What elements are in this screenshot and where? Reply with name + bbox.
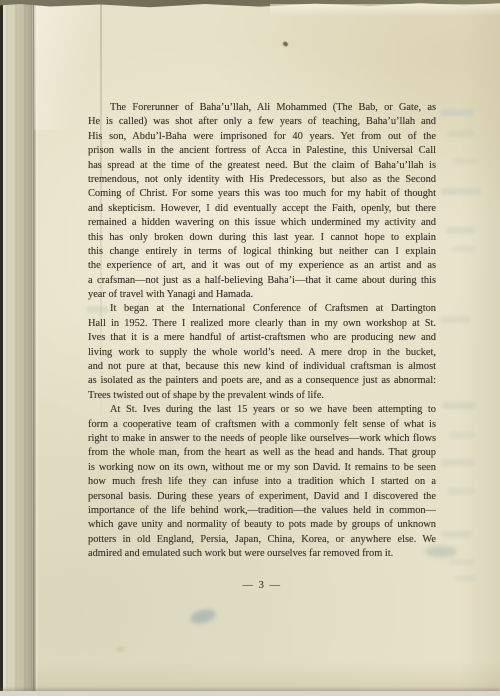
text-line: Hall in 1952. There I realized more clea… bbox=[88, 317, 436, 331]
bleed-through-mark bbox=[449, 432, 475, 438]
text-line: this change entirely in terms of logical… bbox=[88, 245, 436, 259]
bleed-through-mark bbox=[447, 130, 475, 137]
bleed-through-mark bbox=[449, 559, 475, 565]
text-line: which gave unity and normality of beauty… bbox=[88, 518, 436, 532]
text-line: At St. Ives during the last 15 years or … bbox=[88, 403, 436, 417]
bleed-through-mark bbox=[440, 109, 474, 116]
text-line: is working now on its own, without me or… bbox=[88, 461, 436, 475]
text-line: tremendous, not only identity with His P… bbox=[88, 173, 436, 187]
text-line: Trees twisted out of shape by the preval… bbox=[88, 389, 436, 403]
text-line: Coming of Christ. For some years this wa… bbox=[88, 187, 436, 201]
bleed-through-mark bbox=[441, 531, 471, 538]
scanned-book-page: The Forerunner of Baha’u’llah, Ali Moham… bbox=[0, 0, 500, 696]
text-line: the experience of art, and it was out of… bbox=[88, 259, 436, 273]
binding-spine bbox=[3, 0, 32, 696]
text-line: and skepticism. However, I did eventuall… bbox=[88, 202, 436, 216]
text-line: a crafsman—not just as a half-believing … bbox=[88, 274, 436, 288]
text-line: potters in old England, Persia, Japan, C… bbox=[88, 533, 436, 547]
bleed-through-mark bbox=[442, 402, 476, 409]
text-line: and not pure at that, because this new k… bbox=[88, 360, 436, 374]
text-line: this has only broken down during this la… bbox=[88, 231, 436, 245]
body-text: The Forerunner of Baha’u’llah, Ali Moham… bbox=[88, 101, 436, 562]
text-line: as isolated as the painters and poets ar… bbox=[88, 374, 436, 388]
bleed-through-mark bbox=[445, 227, 475, 234]
scan-bottom-edge bbox=[0, 691, 500, 696]
text-line: has spread at the time of the greatest n… bbox=[88, 159, 436, 173]
text-line: Ives that it is a mere handful of artist… bbox=[88, 331, 436, 345]
text-line: It began at the International Conference… bbox=[88, 302, 436, 316]
bleed-through-mark bbox=[452, 158, 478, 164]
bleed-through-mark bbox=[452, 246, 476, 252]
text-line: The Forerunner of Baha’u’llah, Ali Moham… bbox=[88, 101, 436, 115]
scan-left-edge bbox=[0, 0, 3, 696]
text-line: personal basis. During these years of ex… bbox=[88, 490, 436, 504]
text-line: year of travel with Yanagi and Hamada. bbox=[88, 288, 436, 302]
top-edge-highlight bbox=[270, 4, 500, 16]
text-line: remained a hidden wavering on this issue… bbox=[88, 216, 436, 230]
text-line: form a cooperative team of craftsmen wit… bbox=[88, 418, 436, 432]
bleed-through-mark bbox=[440, 316, 470, 323]
age-spot bbox=[116, 646, 125, 652]
text-line: how much fresh life they can infuse into… bbox=[88, 475, 436, 489]
text-line: importance of the life behind work,—trad… bbox=[88, 504, 436, 518]
page-number: — 3 — bbox=[88, 580, 436, 591]
bleed-through-mark bbox=[447, 488, 475, 494]
bleed-through-mark bbox=[441, 459, 475, 466]
text-line: from the whole man, from the heart as we… bbox=[88, 446, 436, 460]
bleed-through-mark bbox=[441, 188, 481, 195]
text-line: living work to supply the whole world’s … bbox=[88, 346, 436, 360]
text-line: prison walls in the ancient fortress of … bbox=[88, 144, 436, 158]
text-line: admired and emulated such work but were … bbox=[88, 547, 436, 561]
text-line: He is called) was shot after only a few … bbox=[88, 115, 436, 129]
text-line: right to make in answer to the needs of … bbox=[88, 432, 436, 446]
text-line: His son, Abdu’l-Baha were imprisoned for… bbox=[88, 130, 436, 144]
bleed-through-mark bbox=[455, 575, 477, 581]
